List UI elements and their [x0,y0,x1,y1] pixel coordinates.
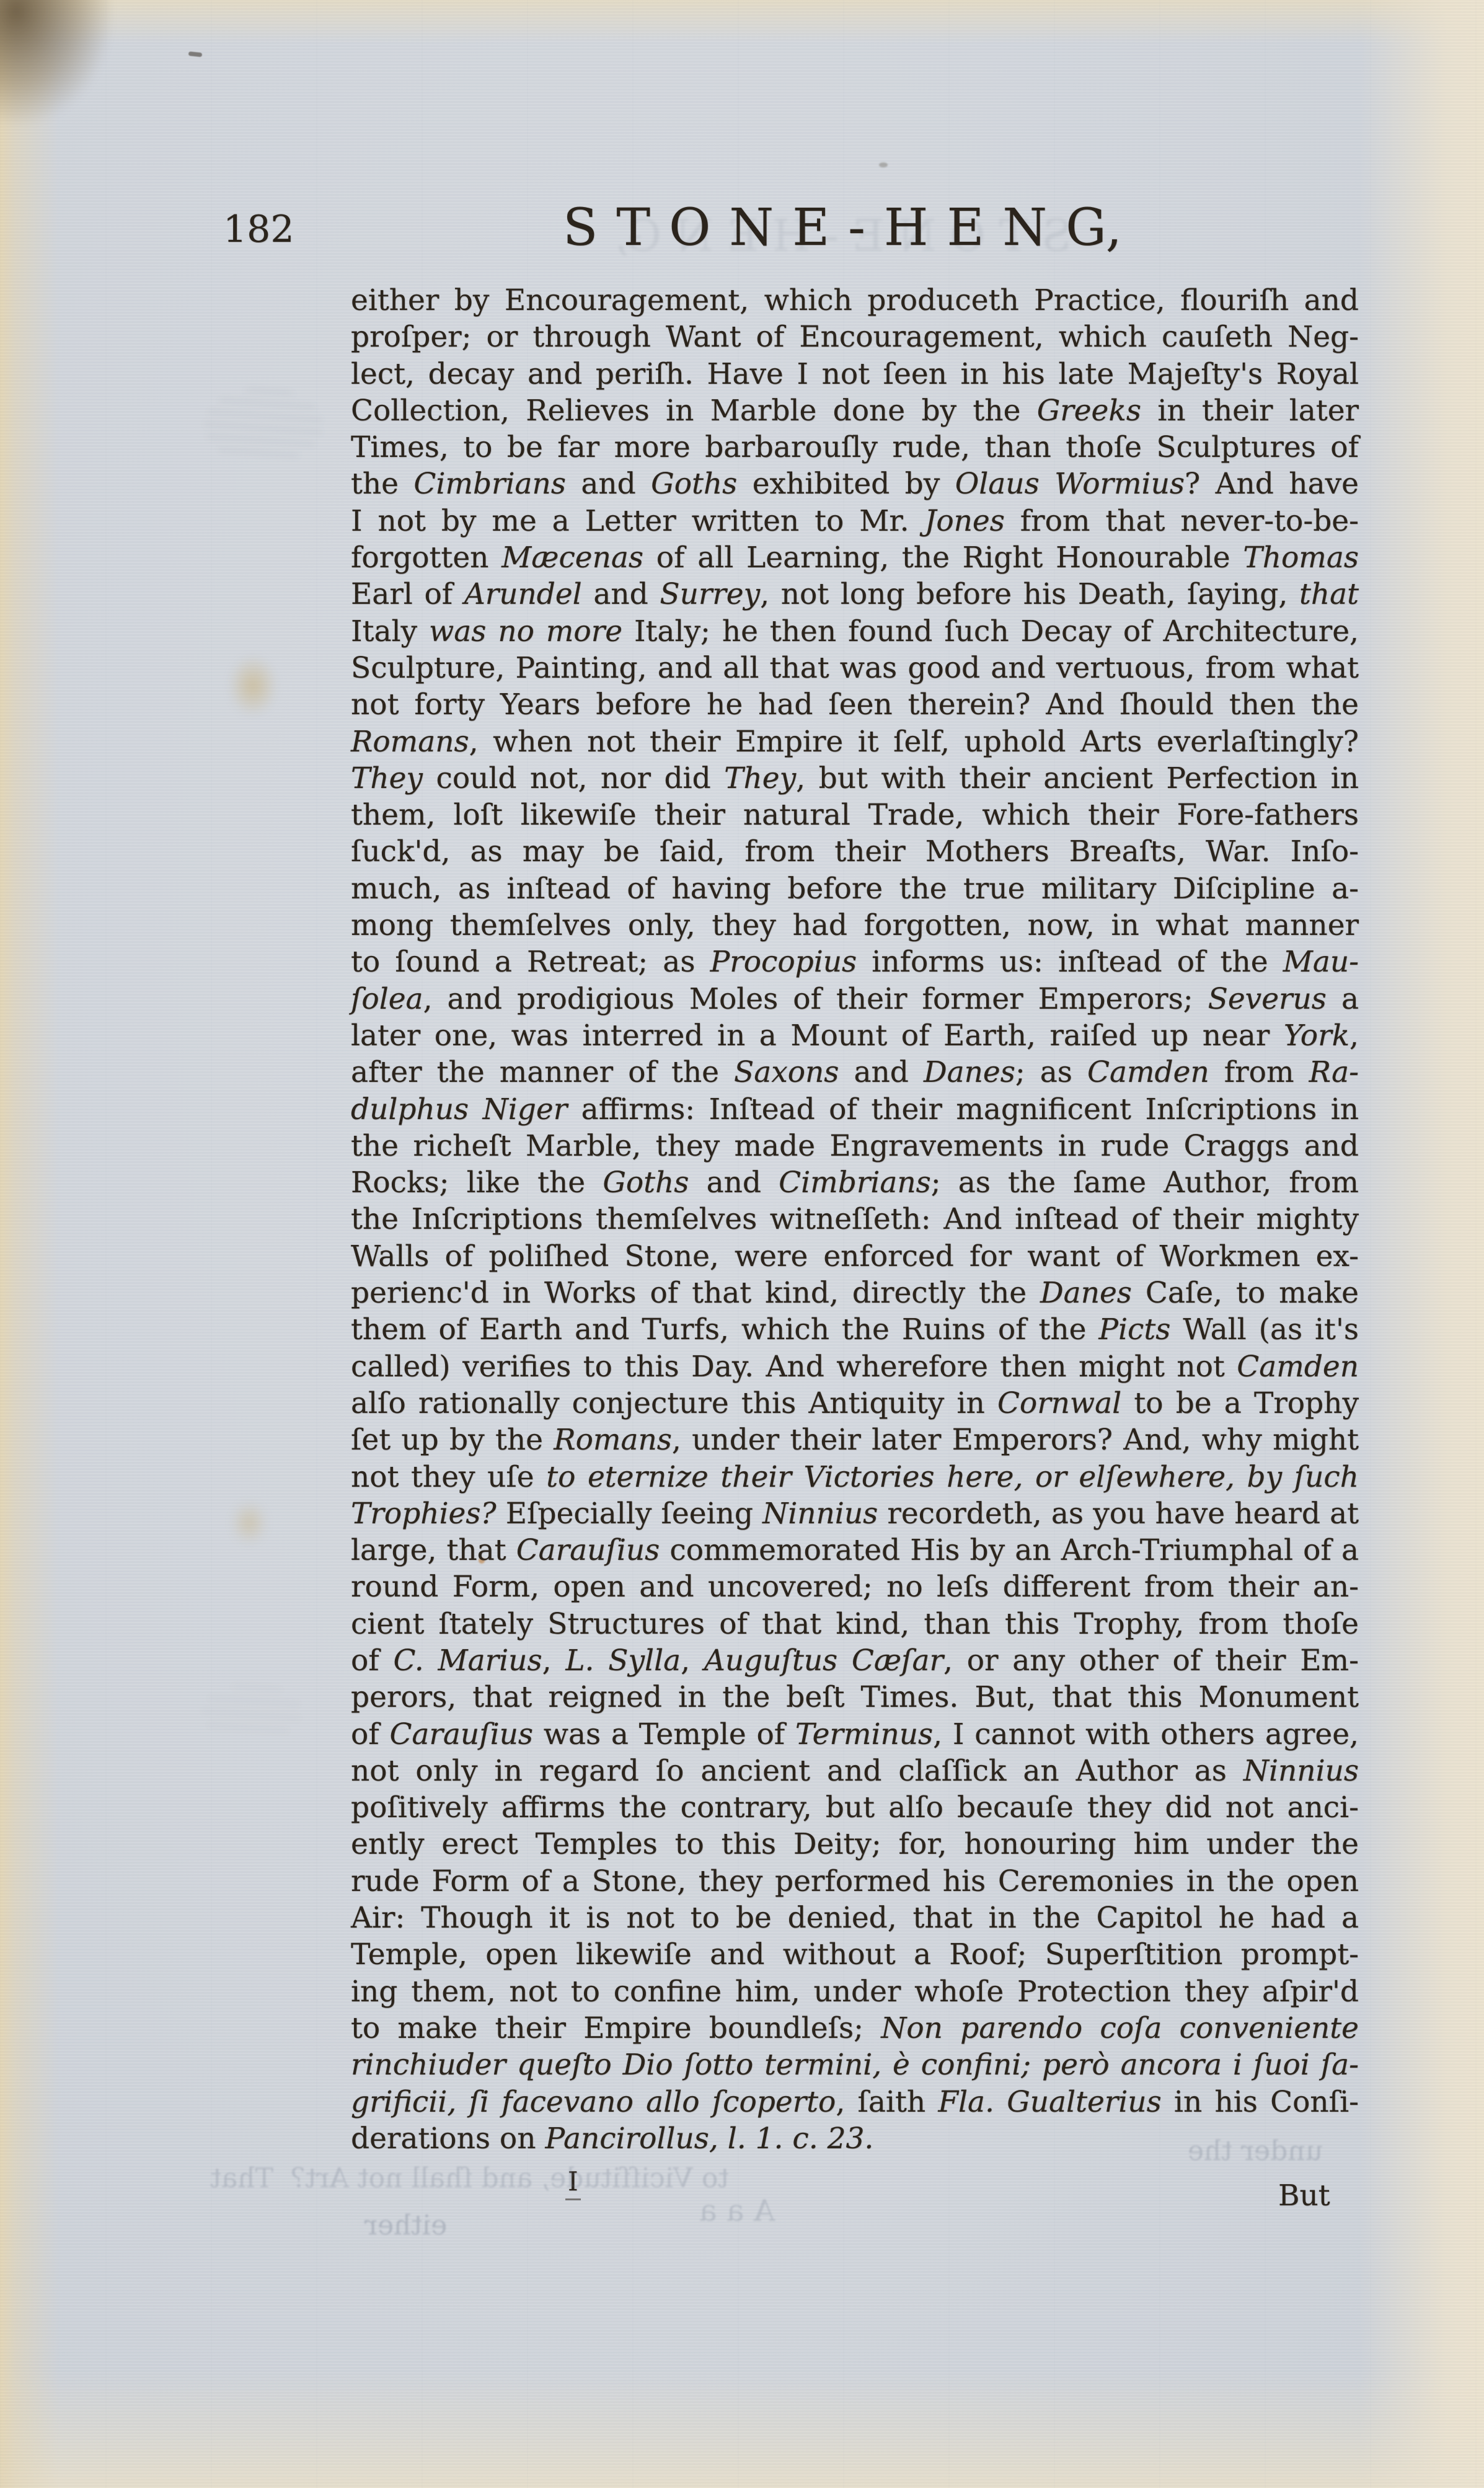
italic-text: Trophies? [351,1497,497,1531]
roman-text: of [351,1717,389,1751]
roman-text: rude Form of a Stone, they performed his… [351,1864,1359,1898]
roman-text: from that never-to-be- [1005,504,1359,538]
roman-text: Collection, Relieves in Marble done by t… [351,394,1037,428]
body-line: much, as inſtead of having before the tr… [351,870,1359,907]
body-line: them of Earth and Turfs, which the Ruins… [351,1311,1359,1348]
roman-text: Eſpecially ſeeing [497,1497,762,1531]
bleedthrough-text: either [364,2211,447,2241]
roman-text: perors, that reigned in the beſt Times. … [351,1680,1359,1714]
body-line: perors, that reigned in the beſt Times. … [351,1679,1359,1715]
roman-text: after the manner of the [351,1055,734,1089]
roman-text: , when not their Empire it ſelf, uphold … [469,725,1359,759]
roman-text: mong themſelves only, they had forgotten… [351,908,1359,942]
roman-text: informs us: inſtead of the [857,945,1283,979]
ink-speck [879,162,888,167]
italic-text: ſolea [351,982,423,1016]
body-line: ſuck'd, as may be ſaid, from their Mothe… [351,833,1359,870]
italic-text: Ninnius [1243,1754,1359,1788]
italic-text: Mau- [1283,945,1359,979]
body-line: the richeſt Marble, they made Engravemen… [351,1128,1359,1164]
paper-stain [231,1500,268,1545]
roman-text: affirms: Inſtead of their magnificent In… [567,1092,1359,1127]
roman-text: Walls of poliſhed Stone, were enforced f… [351,1239,1359,1273]
body-line: grificii, ſi facevano allo ſcoperto, ſai… [351,2084,1359,2120]
margin-bleedthrough-smudge [205,388,322,463]
body-line: after the manner of the Saxons and Danes… [351,1054,1359,1091]
italic-text: Picts [1098,1313,1170,1347]
body-line: not they uſe to eternize their Victories… [351,1459,1359,1495]
body-line: Sculpture, Painting, and all that was go… [351,650,1359,686]
italic-text: Surrey [660,577,760,611]
italic-text: Saxons [734,1055,839,1089]
italic-text: Goths [603,1166,689,1200]
italic-text: Romans [351,725,469,759]
roman-text: the richeſt Marble, they made Engravemen… [351,1129,1359,1163]
italic-text: Fla. Gualterius [938,2085,1161,2119]
roman-text: Times, to be far more barbarouſly rude, … [351,430,1359,464]
italic-text: Carauſius [516,1533,660,1567]
body-line: round Form, open and uncovered; no leſs … [351,1569,1359,1605]
body-line: poſitively affirms the contrary, but alſ… [351,1789,1359,1826]
roman-text: the [351,467,413,501]
body-line: ſet up by the Romans, under their later … [351,1422,1359,1458]
roman-text: round Form, open and uncovered; no leſs … [351,1570,1359,1604]
body-line: not only in regard ſo ancient and claſſi… [351,1753,1359,1789]
body-line: not forty Years before he had ſeen there… [351,686,1359,723]
italic-text: dulphus Niger [351,1092,567,1127]
roman-text: I not by me a Letter written to Mr. [351,504,924,538]
roman-text: alſo rationally conjecture this Antiquit… [351,1386,997,1420]
italic-text: Goths [651,467,737,501]
body-line: Italy was no more Italy; he then found ſ… [351,613,1359,650]
roman-text: , but with their ancient Perfection in [796,761,1359,795]
italic-text: Greeks [1037,394,1141,428]
running-title: S T O N E - H E N G, [335,197,1351,259]
roman-text: ; as the ſame Author, from [931,1166,1359,1200]
roman-text: poſitively affirms the contrary, but alſ… [351,1791,1359,1825]
paper-stain [228,655,278,717]
body-line: called) verifies to this Day. And wheref… [351,1348,1359,1385]
body-line: Collection, Relieves in Marble done by t… [351,392,1359,429]
body-line: lect, decay and periſh. Have I not ſeen … [351,356,1359,392]
body-line: cient ſtately Structures of that kind, t… [351,1606,1359,1642]
book-page: S T O N E - H E N G, 182 S T O N E - H E… [0,0,1484,2488]
body-line: They could not, nor did They, but with t… [351,760,1359,797]
roman-text: ſet up by the [351,1423,554,1457]
body-line: Trophies? Eſpecially ſeeing Ninnius reco… [351,1495,1359,1532]
bleedthrough-text: under the [1188,2136,1323,2166]
roman-text: , under their later Emperors? And, why m… [672,1423,1359,1457]
roman-text: them of Earth and Turfs, which the Ruins… [351,1313,1098,1347]
italic-text: Procopius [710,945,857,979]
roman-text: and [566,467,651,501]
body-line: ſolea, and prodigious Moles of their for… [351,981,1359,1017]
body-line: either by Encouragement, which produceth… [351,282,1359,319]
roman-text: and [582,577,660,611]
italic-text: Cornwal [997,1386,1121,1420]
body-line: Air: Though it is not to be denied, that… [351,1900,1359,1936]
roman-text: derations on [351,2122,545,2156]
body-line: Rocks; like the Goths and Cimbrians; as … [351,1164,1359,1201]
roman-text: Caſe, to make [1132,1276,1359,1310]
body-line: the Inſcriptions themſelves witneſſeth: … [351,1201,1359,1237]
body-line: later one, was interred in a Mount of Ea… [351,1017,1359,1054]
roman-text: could not, nor did [423,761,724,795]
roman-text: either by Encouragement, which produceth… [351,283,1359,317]
roman-text: , [542,1644,566,1678]
italic-text: Camden [1237,1350,1359,1384]
roman-text: in their later [1141,394,1359,428]
roman-text: to be a Trophy [1121,1386,1359,1420]
roman-text: them, loſt likewiſe their natural Trade,… [351,798,1359,832]
roman-text: Italy [351,614,429,649]
italic-text: Cimbrians [779,1166,931,1200]
body-line: large, that Carauſius commemorated His b… [351,1532,1359,1569]
roman-text: of all Learning, the Right Honourable [643,541,1243,575]
italic-text: Carauſius [389,1717,533,1751]
body-line: I not by me a Letter written to Mr. Jone… [351,503,1359,539]
roman-text: Italy; he then found ſuch Decay of Archi… [622,614,1359,649]
italic-text: C. Marius [394,1644,542,1678]
italic-text: York [1284,1019,1349,1053]
bleedthrough-text: A a a [699,2195,775,2228]
bleedthrough-text: to Viciſſitude, and ſhall not Art? That [345,2164,729,2194]
roman-text: Wall (as it's [1170,1313,1359,1347]
italic-text: was no more [429,614,622,649]
italic-text: Camden [1087,1055,1209,1089]
body-line: to ſound a Retreat; as Procopius informs… [351,944,1359,980]
ink-speck [188,51,203,57]
body-line: Temple, open likewiſe and without a Roof… [351,1936,1359,1973]
italic-text: Ninnius [762,1497,878,1531]
roman-text: of [351,1644,394,1678]
roman-text: to make their Empire boundleſs; [351,2011,881,2045]
italic-text: Pancirollus, l. 1. c. 23. [545,2122,873,2156]
roman-text: ſuck'd, as may be ſaid, from their Mothe… [351,834,1359,869]
roman-text: , or any other of their Em- [943,1644,1359,1678]
italic-text: Cimbrians [413,467,566,501]
body-line: Romans, when not their Empire it ſelf, u… [351,724,1359,760]
roman-text: ; as [1015,1055,1087,1089]
italic-text: They [351,761,423,795]
body-line: them, loſt likewiſe their natural Trade,… [351,797,1359,833]
italic-text: that [1299,577,1359,611]
body-line: to make their Empire boundleſs; Non pare… [351,2010,1359,2047]
catchword: But [1278,2181,1330,2210]
roman-text: recordeth, as you have heard at [878,1497,1359,1531]
body-line: ently erect Temples to this Deity; for, … [351,1826,1359,1862]
body-line: forgotten Mæcenas of all Learning, the R… [351,539,1359,576]
roman-text: perienc'd in Works of that kind, directl… [351,1276,1040,1310]
roman-text: much, as inſtead of having before the tr… [351,872,1359,906]
italic-text: Terminus [795,1717,933,1751]
body-line: proſper; or through Want of Encouragemen… [351,319,1359,355]
roman-text: later one, was interred in a Mount of Ea… [351,1019,1284,1053]
roman-text: a [1327,982,1359,1016]
roman-text: Earl of [351,577,464,611]
margin-bleedthrough-smudge [202,1684,301,1740]
roman-text: proſper; or through Want of Encouragemen… [351,320,1359,354]
italic-text: Non parendo coſa conveniente [881,2011,1359,2045]
italic-text: Jones [924,504,1004,538]
roman-text: cient ſtately Structures of that kind, t… [351,1607,1359,1641]
italic-text: grificii, ſi facevano allo ſcoperto [351,2085,836,2119]
italic-text: rinchiuder queſto Dio ſotto termini, è c… [351,2048,1359,2082]
roman-text: lect, decay and periſh. Have I not ſeen … [351,357,1359,391]
roman-text: ing them, not to confine him, under whoſ… [351,1975,1359,2009]
italic-text: L. Sylla [565,1644,681,1678]
body-text: either by Encouragement, which produceth… [351,282,1359,2157]
roman-text: Rocks; like the [351,1166,603,1200]
italic-text: Danes [1040,1276,1132,1310]
body-line: of Carauſius was a Temple of Terminus, I… [351,1716,1359,1753]
body-line: of C. Marius, L. Sylla, Auguſtus Cæſar, … [351,1642,1359,1679]
body-line: Walls of poliſhed Stone, were enforced f… [351,1238,1359,1275]
roman-text: Temple, open likewiſe and without a Roof… [351,1937,1359,1972]
body-line: dulphus Niger affirms: Inſtead of their … [351,1091,1359,1128]
roman-text: was a Temple of [533,1717,795,1751]
roman-text: called) verifies to this Day. And wheref… [351,1350,1237,1384]
italic-text: They [724,761,796,795]
italic-text: Arundel [464,577,582,611]
roman-text: ? And have [1185,467,1359,501]
roman-text: to ſound a Retreat; as [351,945,710,979]
roman-text: , not long before his Death, ſaying, [760,577,1299,611]
body-line: perienc'd in Works of that kind, directl… [351,1275,1359,1311]
body-line: alſo rationally conjecture this Antiquit… [351,1385,1359,1422]
roman-text: Air: Though it is not to be denied, that… [351,1901,1359,1935]
body-line: the Cimbrians and Goths exhibited by Ola… [351,466,1359,502]
roman-text: in his Conſi- [1162,2085,1359,2119]
roman-text: , and prodigious Moles of their former E… [423,982,1208,1016]
roman-text: exhibited by [737,467,955,501]
italic-text: Mæcenas [501,541,643,575]
roman-text: , [1349,1019,1359,1053]
italic-text: Severus [1208,982,1327,1016]
corner-stain [0,0,112,124]
roman-text: and [839,1055,924,1089]
roman-text: , I cannot with others agree, [933,1717,1359,1751]
italic-text: Danes [924,1055,1015,1089]
italic-text: to eternize their Victories here, or elſ… [546,1460,1359,1494]
body-line: Earl of Arundel and Surrey, not long bef… [351,576,1359,613]
roman-text: not they uſe [351,1460,546,1494]
roman-text: and [689,1166,779,1200]
italic-text: Auguſtus Cæſar [704,1644,943,1678]
body-line: rude Form of a Stone, they performed his… [351,1863,1359,1900]
roman-text: Sculpture, Painting, and all that was go… [351,651,1359,685]
roman-text: , [681,1644,704,1678]
roman-text: from [1209,1055,1309,1089]
italic-text: Thomas [1243,541,1359,575]
page-number: 182 [223,211,294,248]
body-line: mong themſelves only, they had forgotten… [351,907,1359,944]
roman-text: the Inſcriptions themſelves witneſſeth: … [351,1202,1359,1236]
body-line: Times, to be far more barbarouſly rude, … [351,429,1359,466]
roman-text: forgotten [351,541,501,575]
roman-text: ently erect Temples to this Deity; for, … [351,1827,1359,1861]
italic-text: Romans [554,1423,672,1457]
roman-text: not only in regard ſo ancient and claſſi… [351,1754,1243,1788]
roman-text: commemorated His by an Arch-Triumphal of… [660,1533,1359,1567]
body-line: rinchiuder queſto Dio ſotto termini, è c… [351,2047,1359,2083]
roman-text: , ſaith [836,2085,938,2119]
roman-text: not forty Years before he had ſeen there… [351,688,1359,722]
italic-text: Olaus Wormius [955,467,1185,501]
italic-text: Ra- [1309,1055,1359,1089]
body-line: ing them, not to confine him, under whoſ… [351,1973,1359,2010]
roman-text: large, that [351,1533,516,1567]
